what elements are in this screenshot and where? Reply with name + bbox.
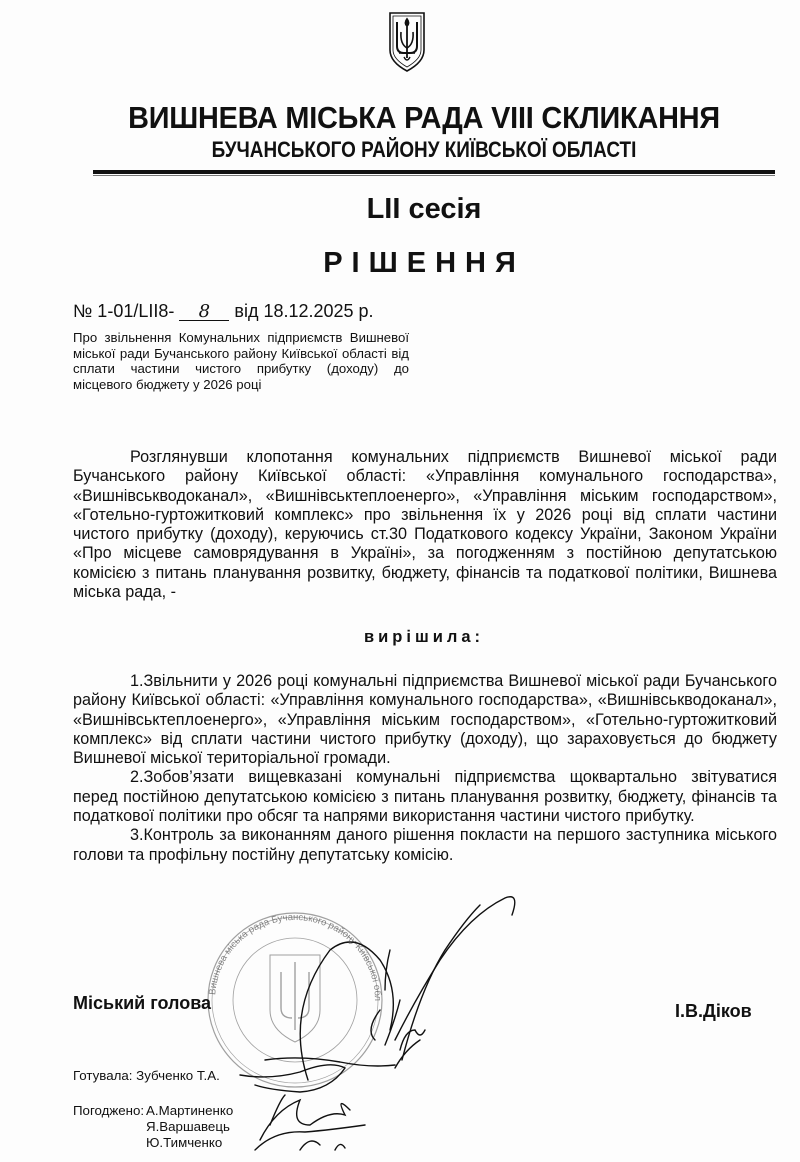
decision-document: ВИШНЕВА МІСЬКА РАДА VIII СКЛИКАННЯ БУЧАН… [0, 0, 800, 1162]
council-subtitle: БУЧАНСЬКОГО РАЙОНУ КИЇВСЬКОЇ ОБЛАСТІ [59, 137, 788, 163]
preamble: Розглянувши клопотання комунальних підпр… [73, 448, 777, 602]
agreed-names: А.Мартиненко Я.Варшавець Ю.Тимченко [146, 1103, 233, 1151]
decision-subject: Про звільнення Комунальних підприємств В… [73, 330, 409, 392]
coat-of-arms-icon [387, 10, 427, 74]
resolution-item-1: 1.Звільнити у 2026 році комунальні підпр… [73, 672, 777, 768]
handwritten-number: 8 [179, 304, 229, 321]
header-divider [93, 170, 775, 174]
agreed-label: Погоджено: [73, 1103, 144, 1118]
mayor-name: І.В.Діков [675, 1001, 752, 1022]
prepared-name: Зубченко Т.А. [136, 1068, 220, 1083]
council-title: ВИШНЕВА МІСЬКА РАДА VIII СКЛИКАННЯ [30, 100, 800, 136]
mayor-title: Міський голова [73, 993, 211, 1014]
preamble-paragraph: Розглянувши клопотання комунальних підпр… [73, 448, 777, 602]
number-prefix: № 1-01/LII8- [73, 301, 174, 321]
resolution-item-2: 2.Зобов’язати вищевказані комунальні під… [73, 768, 777, 826]
decision-number: № 1-01/LII8- 8 від 18.12.2025 р. [73, 301, 374, 322]
agreed-by: Погоджено: А.Мартиненко Я.Варшавець Ю.Ти… [73, 1103, 144, 1119]
resolution-items: 1.Звільнити у 2026 році комунальні підпр… [73, 672, 777, 865]
document-type: РІШЕННЯ [0, 247, 800, 280]
prepared-label: Готувала: [73, 1068, 132, 1083]
header-divider-thin [93, 175, 775, 176]
agreed-name: Ю.Тимченко [146, 1135, 233, 1151]
session-title: LII сесія [0, 193, 800, 226]
resolution-item-3: 3.Контроль за виконанням даного рішення … [73, 826, 777, 865]
decision-date: від 18.12.2025 р. [234, 301, 373, 321]
agreed-name: А.Мартиненко [146, 1103, 233, 1119]
agreed-name: Я.Варшавець [146, 1119, 233, 1135]
resolved-heading: вирішила: [0, 628, 800, 647]
prepared-by: Готувала: Зубченко Т.А. [73, 1068, 220, 1083]
